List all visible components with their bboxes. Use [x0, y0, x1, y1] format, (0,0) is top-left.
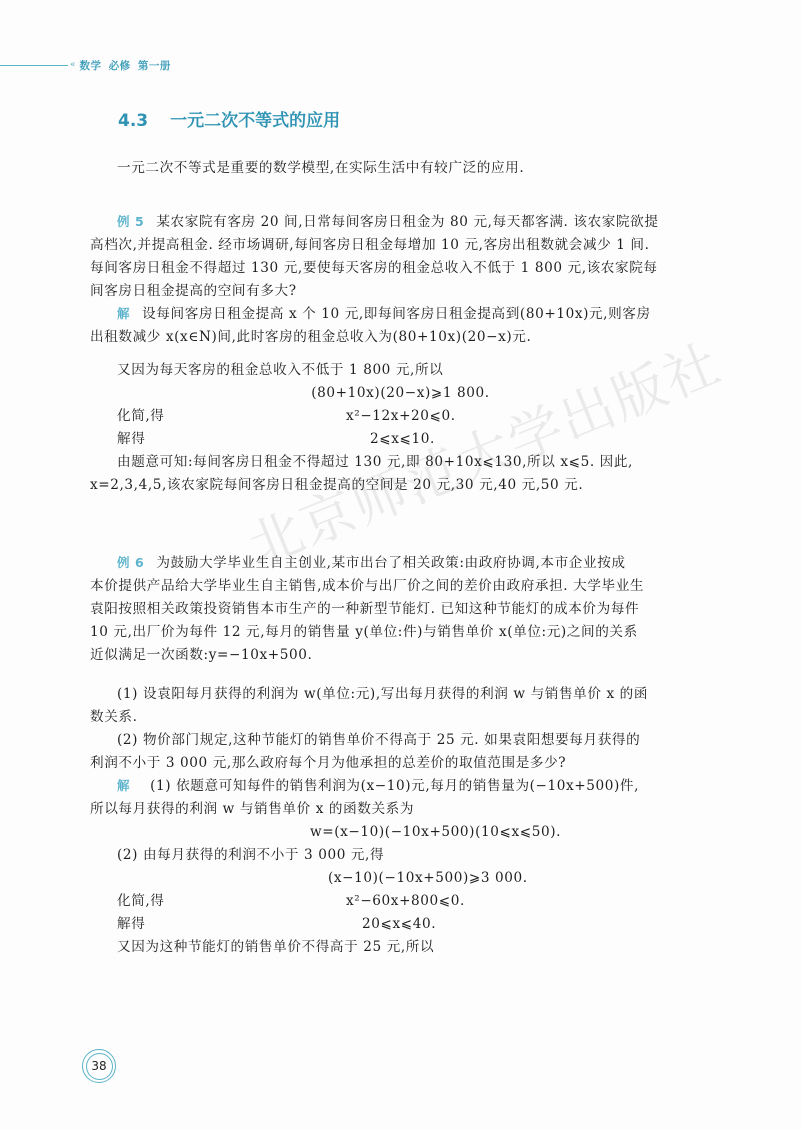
book-title: 数学 必修 第一册 [80, 58, 171, 73]
simplify-label: 化简,得 [117, 891, 165, 911]
example5-conclusion-line-1: 由题意可知:每间客房日租金不得超过 130 元,即 80+10x⩽130,所以 … [117, 452, 712, 472]
question-1-line-2: 数关系. [90, 707, 712, 727]
question-2-line-1: (2) 物价部门规定,这种节能灯的销售单价不得高于 25 元. 如果袁阳想要每月… [117, 730, 712, 750]
example6-solution-line-1: 解(1) 依题意可知每件的销售利润为(x−10)元,每月的销售量为(−10x+5… [117, 776, 712, 796]
question-1-line-1: (1) 设袁阳每月获得的利润为 w(单位:元),写出每月获得的利润 w 与销售单… [117, 684, 712, 704]
section-title-text: 一元二次不等式的应用 [170, 111, 340, 131]
example5-solution-line-1: 解设每间客房日租金提高 x 个 10 元,即每间客房日租金提高到(80+10x)… [117, 304, 712, 324]
page-number: 38 [86, 1053, 113, 1080]
equation-6: 20⩽x⩽40. [362, 914, 436, 934]
section-number: 4.3 [118, 111, 148, 131]
example5-label: 例 5 [117, 214, 144, 229]
page-number-badge: 38 [82, 1049, 116, 1083]
simplify-label: 化简,得 [117, 406, 165, 426]
part-2-line: (2) 由每月获得的利润不小于 3 000 元,得 [117, 845, 712, 865]
example6-line-4: 10 元,出厂价为每件 12 元,每月的销售量 y(单位:件)与销售单价 x(单… [90, 622, 712, 642]
example6-line-2: 本价提供产品给大学毕业生自主销售,成本价与出厂价之间的差价由政府承担. 大学毕业… [90, 576, 712, 596]
example5-solution-line-3: 又因为每天客房的租金总收入不低于 1 800 元,所以 [117, 360, 712, 380]
intro-paragraph: 一元二次不等式是重要的数学模型,在实际生活中有较广泛的应用. [117, 158, 739, 178]
example5-line-4: 间客房日租金提高的空间有多大? [90, 281, 712, 301]
header-rule [0, 65, 68, 66]
example6-line-1: 例 6为鼓励大学毕业生自主创业,某市出台了相关政策:由政府协调,本市企业按成 [117, 553, 712, 573]
equation-w: w=(x−10)(−10x+500)(10⩽x⩽50). [310, 822, 561, 842]
equation-2: x²−12x+20⩽0. [346, 406, 456, 426]
last-line: 又因为这种节能灯的销售单价不得高于 25 元,所以 [117, 937, 712, 957]
section-title: 4.3一元二次不等式的应用 [118, 106, 340, 131]
example6-label: 例 6 [117, 555, 144, 570]
example5-line-2: 高档次,并提高租金. 经市场调研,每间客房日租金每增加 10 元,客房出租数就会… [90, 235, 712, 255]
example6-solution-line-2: 所以每月获得的利润 w 与销售单价 x 的函数关系为 [90, 799, 712, 819]
equation-5: x²−60x+800⩽0. [346, 891, 465, 911]
solution-label: 解 [117, 778, 130, 793]
textbook-page: « 数学 必修 第一册 4.3一元二次不等式的应用 一元二次不等式是重要的数学模… [0, 0, 801, 1130]
running-header: « 数学 必修 第一册 [0, 57, 171, 73]
double-chevron-left-icon: « [70, 61, 76, 70]
example5-line-3: 每间客房日租金不得超过 130 元,要使每天客房的租金总收入不低于 1 800 … [90, 258, 712, 278]
example6-line-5: 近似满足一次函数:y=−10x+500. [90, 645, 712, 665]
example6-line-3: 袁阳按照相关政策投资销售本市生产的一种新型节能灯. 已知这种节能灯的成本价为每件 [90, 599, 712, 619]
equation-1: (80+10x)(20−x)⩾1 800. [0, 383, 801, 403]
example5-solution-line-2: 出租数减少 x(x∈N)间,此时客房的租金总收入为(80+10x)(20−x)元… [90, 327, 712, 347]
question-2-line-2: 利润不小于 3 000 元,那么政府每个月为他承担的总差价的取值范围是多少? [90, 753, 712, 773]
equation-4: (x−10)(−10x+500)⩾3 000. [328, 868, 528, 888]
example5-conclusion-line-2: x=2,3,4,5,该农家院每间客房日租金提高的空间是 20 元,30 元,40… [90, 475, 712, 495]
equation-3: 2⩽x⩽10. [370, 429, 435, 449]
example5-line-1: 例 5某农家院有客房 20 间,日常每间客房日租金为 80 元,每天都客满. 该… [117, 212, 712, 232]
solve-label: 解得 [117, 914, 145, 934]
solve-label: 解得 [117, 429, 145, 449]
solution-label: 解 [117, 306, 130, 321]
